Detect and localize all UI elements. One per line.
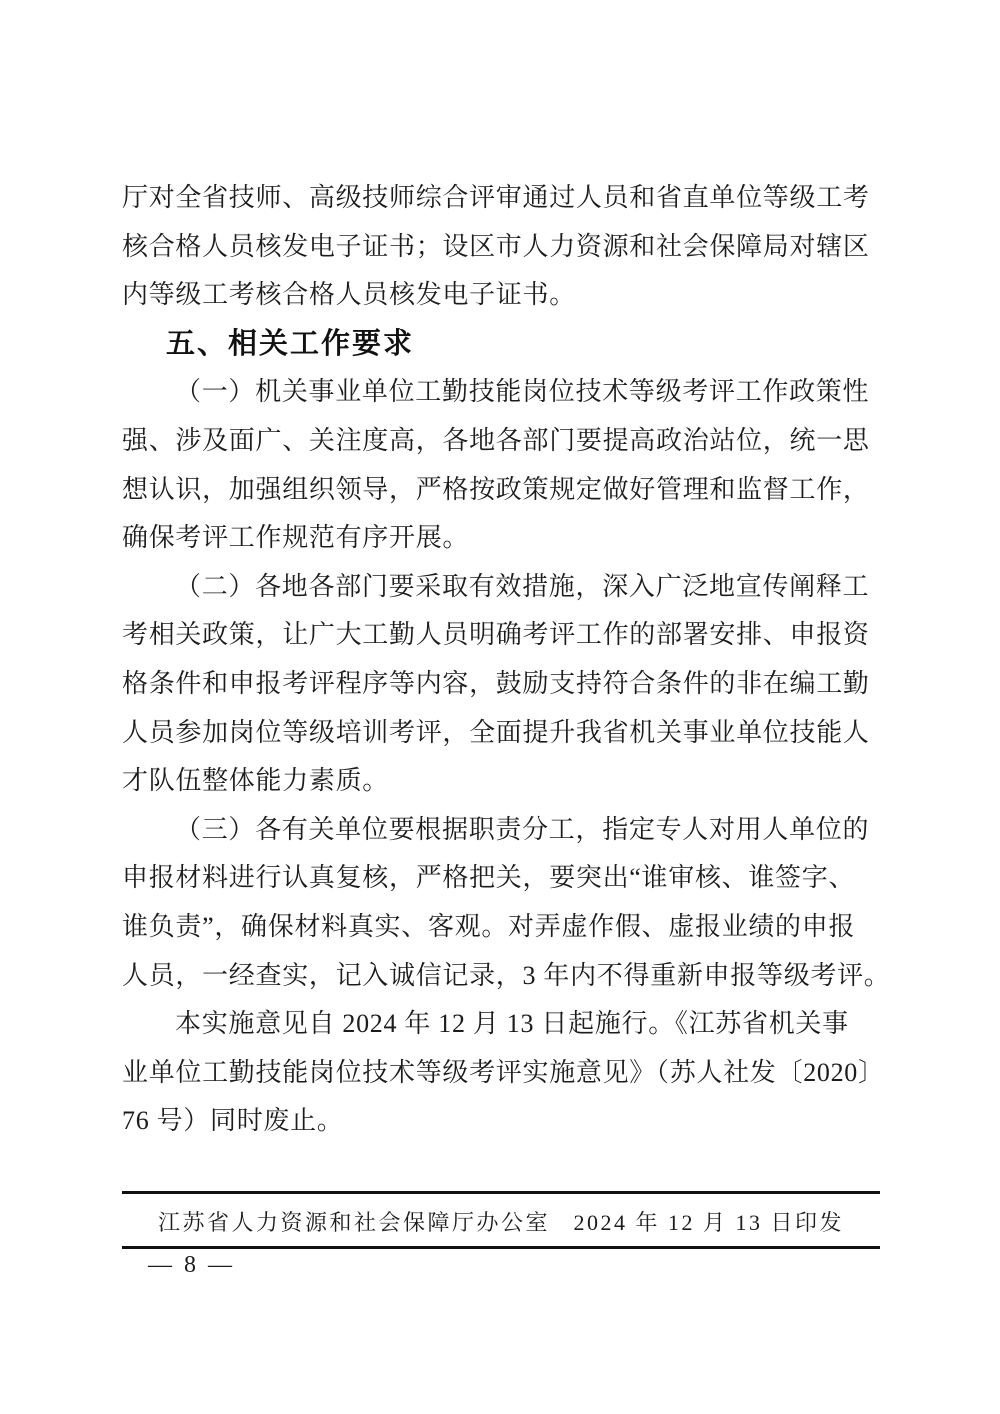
body-line: 谁负责”，确保材料真实、客观。对弄虚作假、虚报业绩的申报 <box>122 903 878 952</box>
body-line: 确保考评工作规范有序开展。 <box>122 514 878 563</box>
body-line: 想认识，加强组织领导，严格按政策规定做好管理和监督工作， <box>122 466 878 515</box>
footer-issuer: 江苏省人力资源和社会保障厅办公室 <box>158 1206 550 1237</box>
body-line: 厅对全省技师、高级技师综合评审通过人员和省直单位等级工考 <box>122 174 878 223</box>
footer-separator-top <box>122 1191 880 1194</box>
body-line: 才队伍整体能力素质。 <box>122 757 878 806</box>
body-line: （三）各有关单位要根据职责分工，指定专人对用人单位的 <box>122 806 878 855</box>
document-page: { "page": { "background": "#ffffff", "te… <box>0 0 1000 1414</box>
body-line: 本实施意见自 2024 年 12 月 13 日起施行。《江苏省机关事 <box>122 1000 878 1049</box>
body-line: （一）机关事业单位工勤技能岗位技术等级考评工作政策性 <box>122 368 878 417</box>
body-line: 76 号）同时废止。 <box>122 1097 878 1146</box>
page-number: — 8 — <box>148 1252 235 1279</box>
body-line: 业单位工勤技能岗位技术等级考评实施意见》（苏人社发〔2020〕 <box>122 1049 878 1098</box>
document-body: 厅对全省技师、高级技师综合评审通过人员和省直单位等级工考 核合格人员核发电子证书… <box>122 174 878 1146</box>
footer-print-date: 2024 年 12 月 13 日印发 <box>573 1206 844 1237</box>
body-line: 格条件和申报考评程序等内容，鼓励支持符合条件的非在编工勤 <box>122 660 878 709</box>
section-heading: 五、相关工作要求 <box>122 320 878 369</box>
body-line: 申报材料进行认真复核，严格把关，要突出“谁审核、谁签字、 <box>122 854 878 903</box>
body-line: （二）各地各部门要采取有效措施，深入广泛地宣传阐释工 <box>122 563 878 612</box>
footer: 江苏省人力资源和社会保障厅办公室 2024 年 12 月 13 日印发 <box>122 1197 880 1246</box>
body-line: 内等级工考核合格人员核发电子证书。 <box>122 271 878 320</box>
footer-separator-bottom <box>122 1246 880 1249</box>
body-line: 核合格人员核发电子证书；设区市人力资源和社会保障局对辖区 <box>122 223 878 272</box>
body-line: 考相关政策，让广大工勤人员明确考评工作的部署安排、申报资 <box>122 611 878 660</box>
body-line: 人员，一经查实，记入诚信记录，3 年内不得重新申报等级考评。 <box>122 952 878 1001</box>
body-line: 人员参加岗位等级培训考评，全面提升我省机关事业单位技能人 <box>122 709 878 758</box>
body-line: 强、涉及面广、关注度高，各地各部门要提高政治站位，统一思 <box>122 417 878 466</box>
